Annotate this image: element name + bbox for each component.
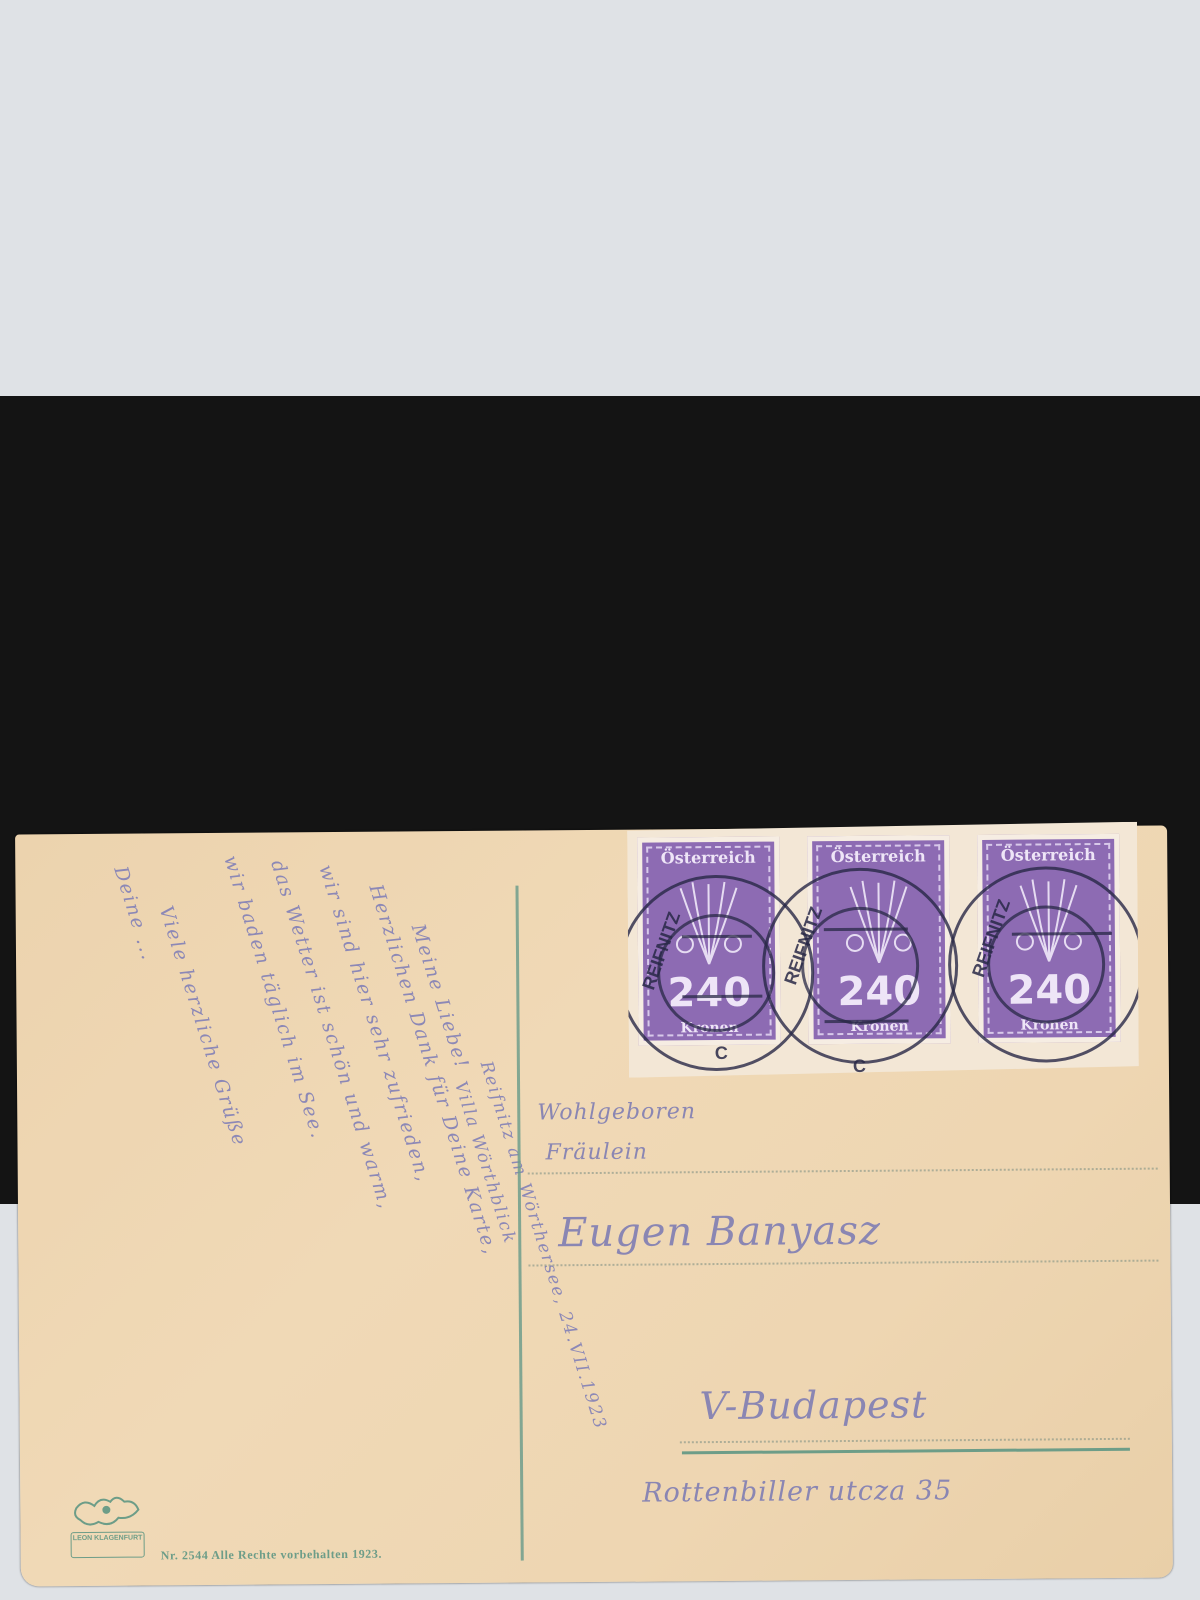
- address-street: Rottenbiller utcza 35: [642, 1475, 952, 1508]
- message-line: Viele herzliche Grüße: [155, 903, 251, 1149]
- address-name: Eugen Banyasz: [558, 1208, 881, 1257]
- imprint-text: Nr. 2544 Alle Rechte vorbehalten 1923.: [161, 1547, 382, 1564]
- address-line: [528, 1260, 1158, 1267]
- address-salutation: Wohlgeboren: [537, 1099, 696, 1125]
- message-area: Reifnitz am Wörthersee, 24.VII.1923 Vill…: [35, 841, 500, 1505]
- address-title: Fräulein: [545, 1140, 648, 1166]
- bird-emblem-icon: [70, 1494, 142, 1533]
- postcard-photo: Reifnitz am Wörthersee, 24.VII.1923 Vill…: [0, 396, 1200, 1204]
- address-underline: [682, 1448, 1130, 1455]
- stamp-strip: Österreich 240 Kronen Österreich: [627, 822, 1139, 1078]
- divider-line: [515, 886, 523, 1561]
- address-line: [680, 1438, 1130, 1444]
- message-line: Deine ...: [109, 864, 159, 964]
- publisher-name: LEON KLAGENFURT: [71, 1532, 145, 1559]
- publisher-logo: LEON KLAGENFURT: [70, 1494, 149, 1565]
- address-line: [528, 1168, 1158, 1175]
- address-city: V-Budapest: [699, 1382, 927, 1428]
- postcard: Reifnitz am Wörthersee, 24.VII.1923 Vill…: [15, 825, 1173, 1586]
